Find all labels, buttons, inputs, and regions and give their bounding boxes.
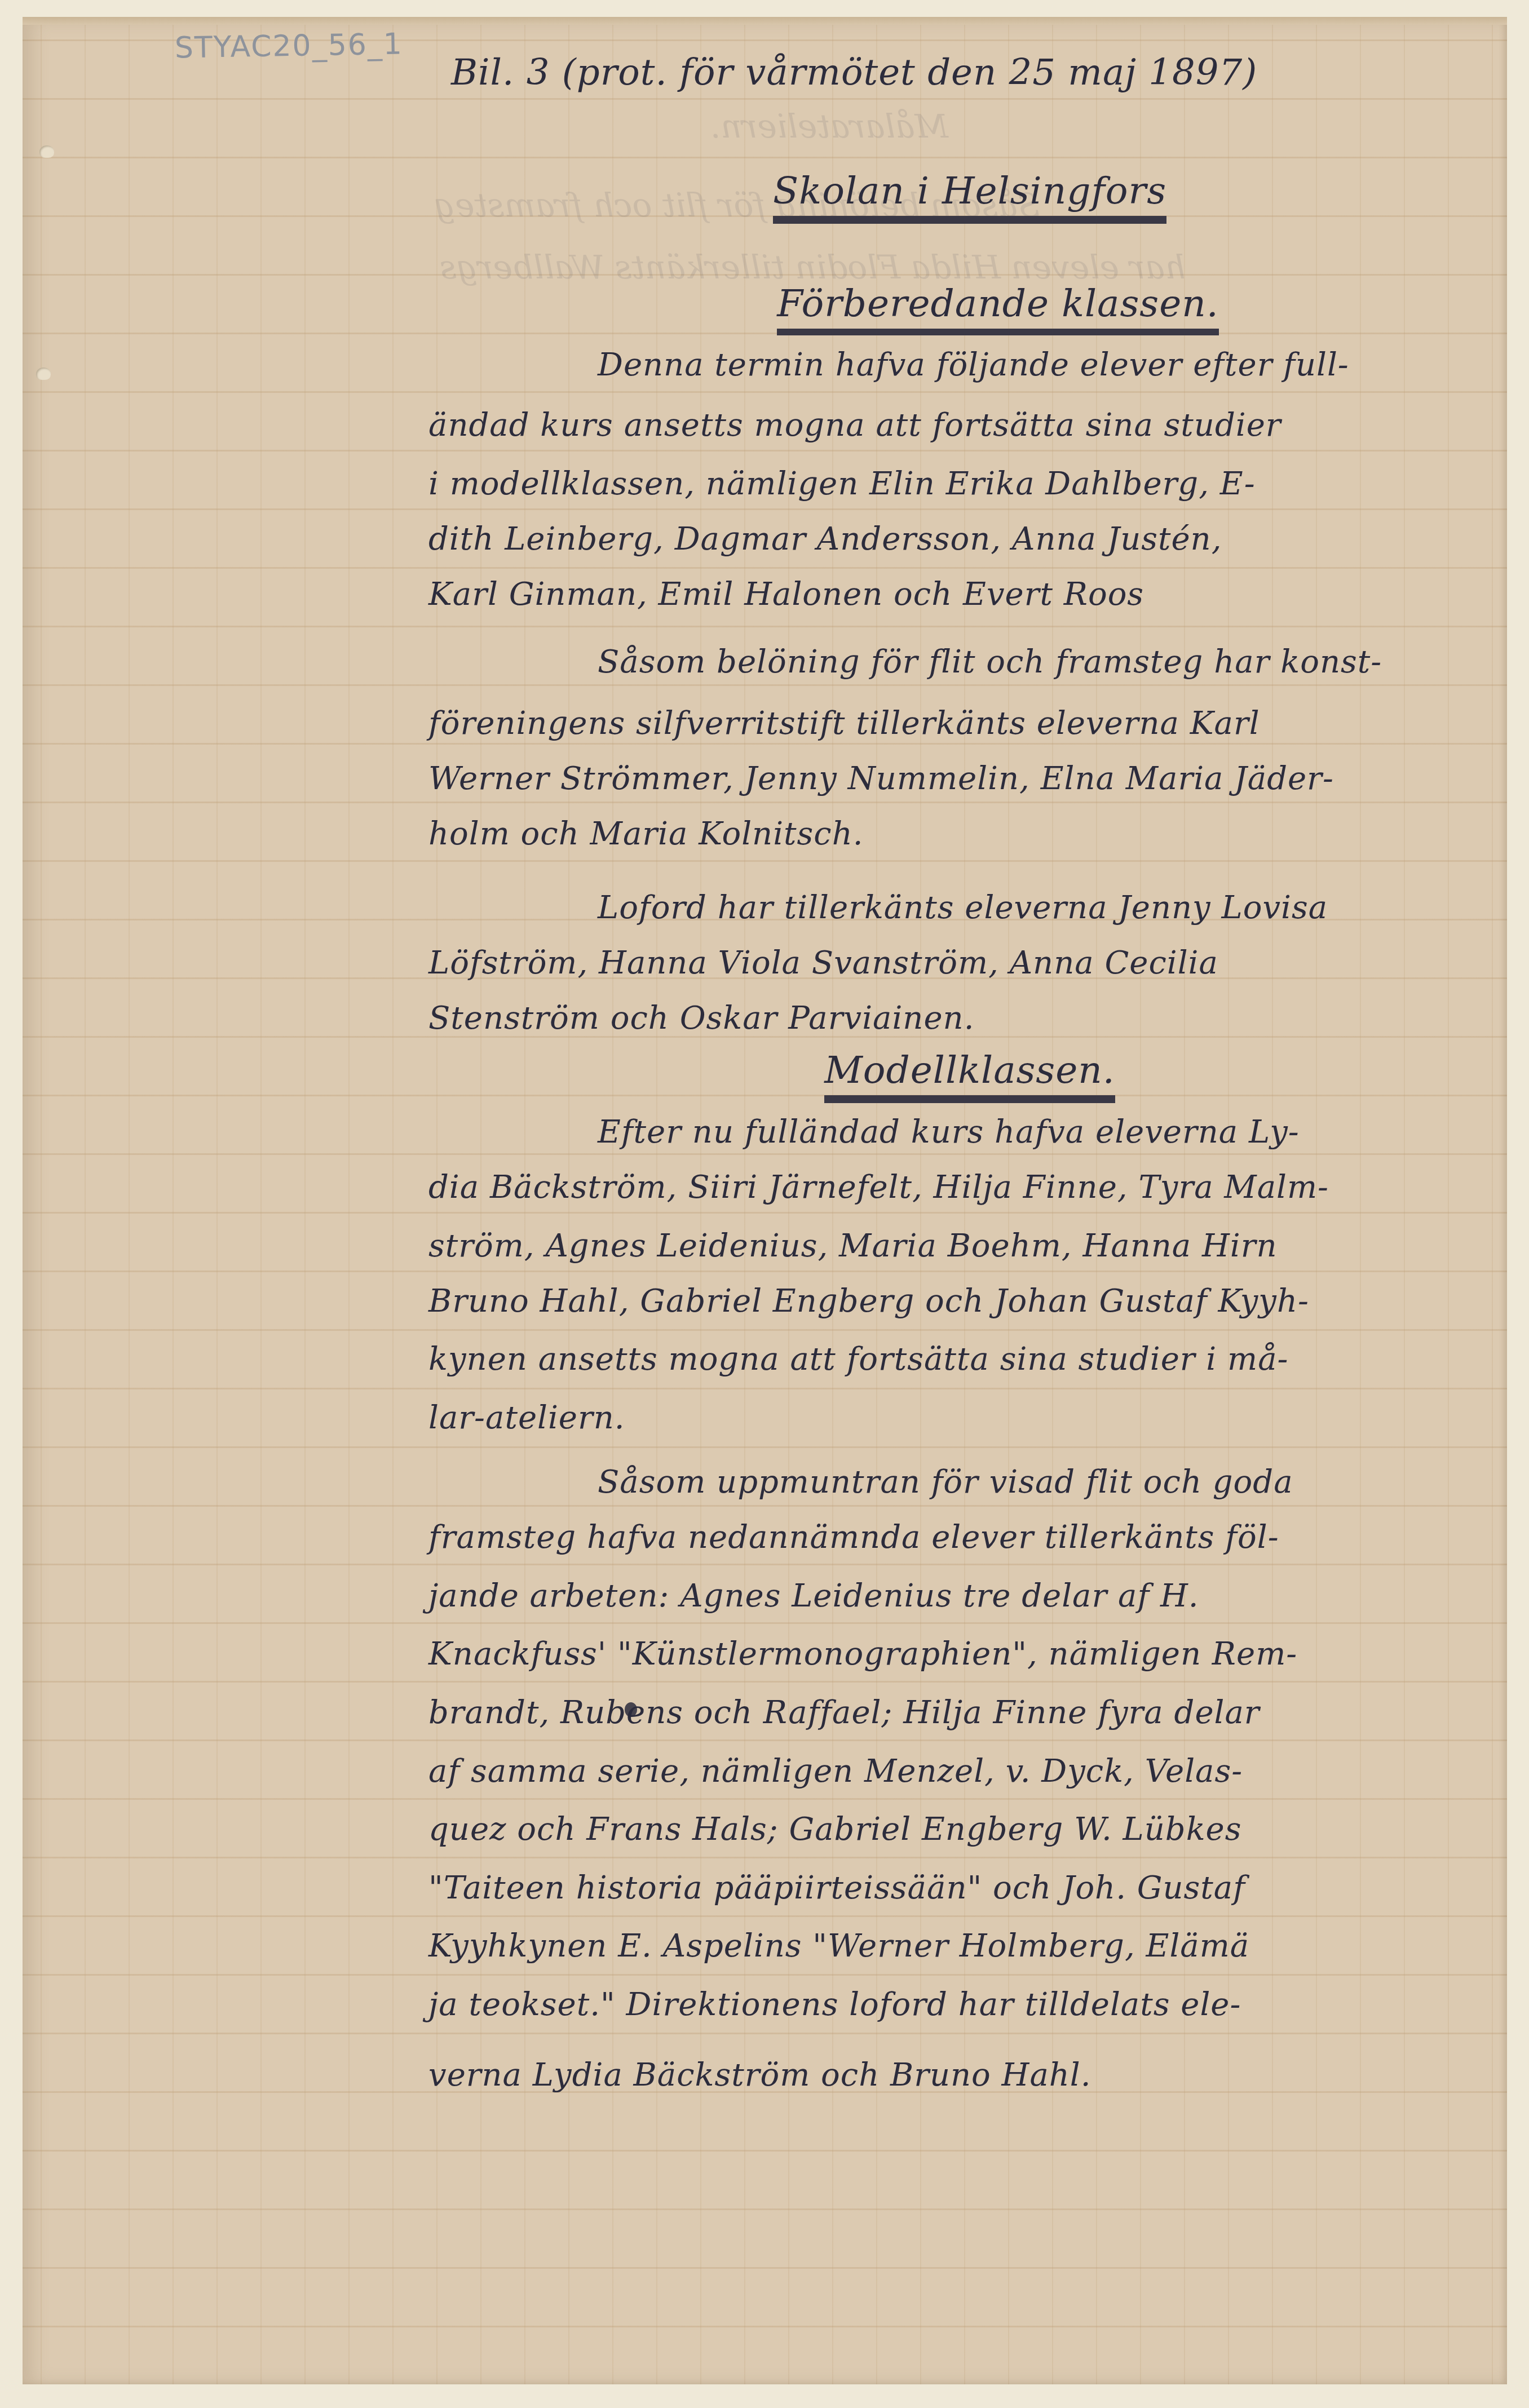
text-line: Loford har tillerkänts eleverna Jenny Lo… [598,889,1328,926]
bleed-through-text: Målarateliern. [710,107,948,145]
punch-hole [36,368,51,380]
text-line: brandt, Rubens och Raffael; Hilja Finne … [428,1694,1260,1731]
text-line: Stenström och Oskar Parviainen. [428,1000,974,1037]
punch-hole [39,145,54,158]
archive-code: STYAC20_56_1 [175,27,404,65]
text-line: Löfström, Hanna Viola Svanström, Anna Ce… [428,945,1218,981]
heading-model-text: Modellklassen. [824,1048,1115,1103]
heading-model-class: Modellklassen. [778,1048,1161,1103]
text-line: framsteg hafva nedannämnda elever tiller… [428,1519,1279,1556]
heading-school: Skolan i Helsingfors [710,169,1229,224]
text-line: ström, Agnes Leidenius, Maria Boehm, Han… [428,1228,1278,1264]
text-line: Kyyhkynen E. Aspelins "Werner Holmberg, … [428,1928,1249,1964]
text-line: Knackfuss' "Künstlermonographien", nämli… [428,1636,1297,1672]
heading-school-text: Skolan i Helsingfors [773,169,1166,224]
text-line: ja teokset." Direktionens loford har til… [428,1986,1241,2023]
text-line: Karl Ginman, Emil Halonen och Evert Roos [428,576,1144,613]
text-line: Efter nu fulländad kurs hafva eleverna L… [598,1114,1300,1150]
text-line: föreningens silfverritstift tillerkänts … [428,705,1260,742]
text-line: quez och Frans Hals; Gabriel Engberg W. … [428,1811,1241,1848]
heading-preparatory-text: Förberedande klassen. [777,282,1219,335]
text-line: af samma serie, nämligen Menzel, v. Dyck… [428,1753,1243,1790]
document-header: Bil. 3 (prot. för vårmötet den 25 maj 18… [451,52,1257,94]
bleed-through-text: har eleven Hilda Flodin tillerkänts Wall… [440,248,1186,286]
text-line: Bruno Hahl, Gabriel Engberg och Johan Gu… [428,1283,1309,1320]
ink-blot [625,1702,637,1717]
text-line: ändad kurs ansetts mogna att fortsätta s… [428,407,1281,444]
text-line: Såsom uppmuntran för visad flit och goda [598,1464,1293,1500]
text-line: Såsom belöning för flit och framsteg har… [598,644,1382,680]
text-line: dia Bäckström, Siiri Järnefelt, Hilja Fi… [428,1169,1329,1206]
text-line: "Taiteen historia pääpiirteissään" och J… [428,1870,1245,1906]
text-line: Werner Strömmer, Jenny Nummelin, Elna Ma… [428,760,1334,797]
heading-preparatory-class: Förberedande klassen. [727,282,1269,335]
text-line: verna Lydia Bäckström och Bruno Hahl. [428,2057,1091,2093]
text-line: jande arbeten: Agnes Leidenius tre delar… [428,1578,1199,1614]
page-top-edge [23,17,1507,25]
text-line: holm och Maria Kolnitsch. [428,816,864,852]
text-line: kynen ansetts mogna att fortsätta sina s… [428,1341,1288,1378]
text-line: Denna termin hafva följande elever efter… [598,347,1349,383]
text-line: dith Leinberg, Dagmar Andersson, Anna Ju… [428,521,1222,557]
text-line: lar-ateliern. [428,1400,625,1436]
text-line: i modellklassen, nämligen Elin Erika Dah… [428,466,1256,502]
